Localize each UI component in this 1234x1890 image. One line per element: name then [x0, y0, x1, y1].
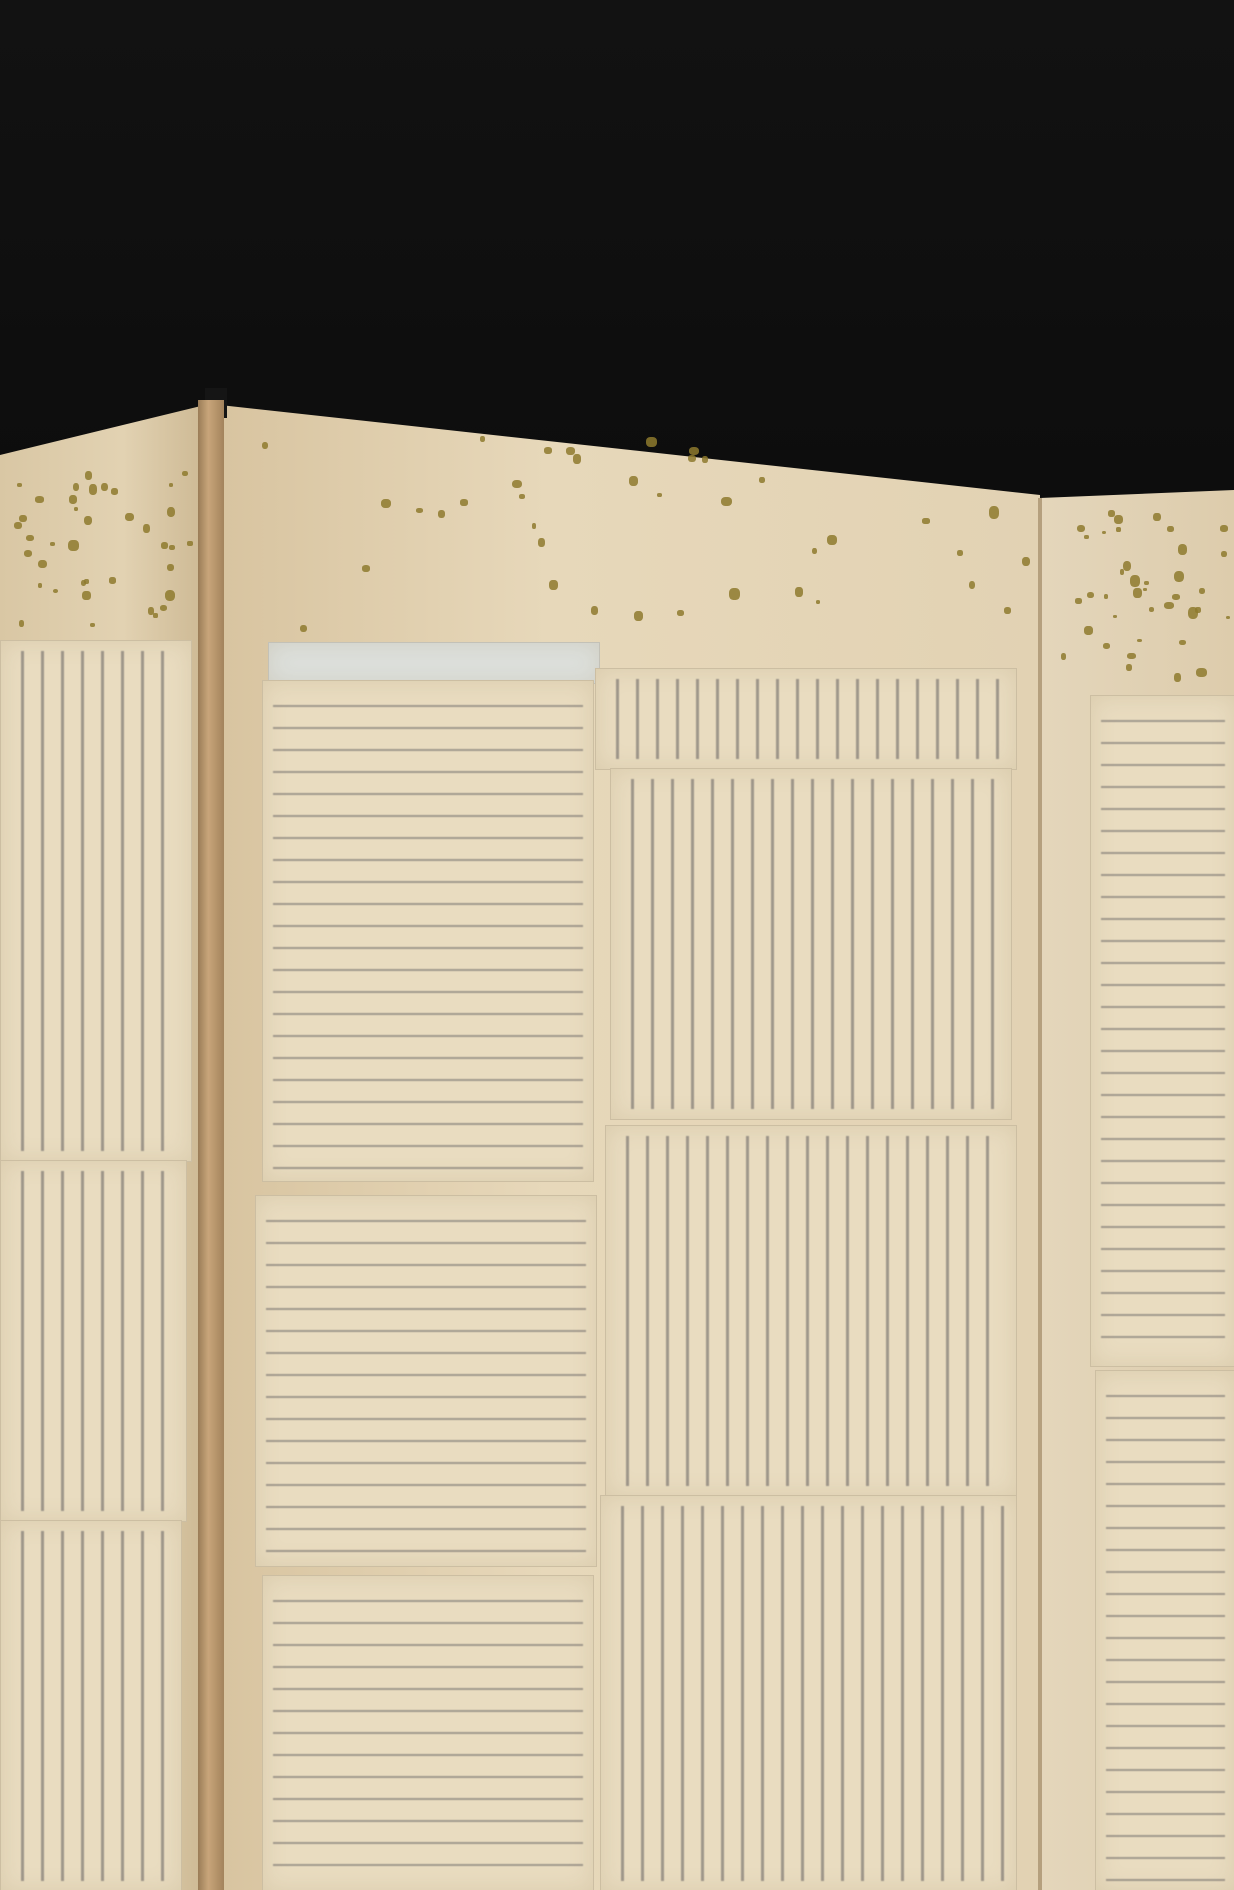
gold-fleck	[68, 540, 79, 551]
gold-fleck	[19, 515, 26, 522]
gold-fleck	[1087, 592, 1094, 598]
gold-fleck	[480, 436, 485, 442]
gold-fleck	[532, 523, 536, 529]
gold-fleck	[85, 471, 92, 479]
document-sheet	[0, 1520, 182, 1890]
gold-fleck	[721, 497, 732, 507]
gold-fleck	[549, 580, 558, 590]
gold-fleck	[1195, 607, 1200, 612]
gold-fleck	[167, 507, 176, 517]
gold-fleck	[81, 580, 87, 586]
gold-fleck	[634, 611, 643, 621]
gold-fleck	[161, 542, 168, 549]
gold-fleck	[416, 508, 423, 513]
gold-fleck	[109, 577, 116, 583]
gold-fleck	[795, 587, 802, 596]
gold-fleck	[1221, 551, 1227, 557]
gold-fleck	[688, 455, 696, 462]
document-sheet	[600, 1495, 1017, 1890]
gold-fleck	[262, 442, 268, 449]
gold-fleck	[1172, 594, 1180, 600]
gold-fleck	[300, 625, 307, 632]
gold-fleck	[90, 623, 95, 627]
gold-fleck	[729, 588, 739, 600]
document-sheet	[610, 768, 1012, 1120]
gold-fleck	[1130, 575, 1140, 587]
gold-fleck	[74, 507, 78, 511]
wooden-frame-post	[198, 400, 224, 1890]
gold-fleck	[35, 496, 45, 503]
gold-fleck	[1114, 515, 1123, 524]
gold-fleck	[38, 560, 47, 569]
gold-fleck	[519, 494, 525, 499]
document-sheet	[605, 1125, 1017, 1497]
gold-fleck	[153, 613, 158, 617]
gold-fleck	[1103, 643, 1110, 649]
gold-fleck	[1127, 653, 1135, 659]
gold-fleck	[1061, 653, 1066, 660]
gold-fleck	[14, 522, 22, 529]
gold-fleck	[573, 454, 581, 464]
gold-fleck	[1167, 526, 1173, 532]
gold-fleck	[160, 605, 168, 611]
gold-fleck	[69, 495, 77, 504]
document-label-strip	[268, 642, 600, 684]
gold-fleck	[629, 476, 638, 486]
document-sheet	[1095, 1370, 1234, 1890]
gold-fleck	[1164, 602, 1174, 609]
gold-fleck	[759, 477, 764, 483]
gold-fleck	[566, 447, 576, 455]
gold-fleck	[1178, 544, 1187, 555]
gold-fleck	[125, 513, 134, 521]
gold-fleck	[1196, 668, 1207, 677]
gold-fleck	[544, 447, 552, 453]
document-sheet	[255, 1195, 597, 1567]
gold-fleck	[381, 499, 391, 508]
gold-fleck	[187, 541, 192, 545]
gold-fleck	[143, 524, 150, 533]
gold-fleck	[538, 538, 545, 547]
document-sheet	[0, 1160, 187, 1522]
gold-fleck	[1004, 607, 1011, 614]
gold-fleck	[922, 518, 929, 523]
gold-fleck	[101, 483, 108, 492]
gold-fleck	[1113, 615, 1117, 618]
gold-fleck	[1133, 588, 1141, 598]
gold-fleck	[689, 447, 699, 455]
gold-fleck	[167, 564, 174, 571]
gold-fleck	[816, 600, 821, 604]
document-sheet	[262, 680, 594, 1182]
gold-fleck	[17, 483, 22, 487]
gold-fleck	[1084, 535, 1089, 539]
gold-fleck	[1022, 557, 1030, 566]
gold-fleck	[812, 548, 817, 554]
gold-fleck	[460, 499, 468, 506]
gold-fleck	[827, 535, 837, 545]
gold-fleck	[1075, 598, 1082, 604]
gold-fleck	[111, 488, 118, 494]
gold-fleck	[165, 590, 175, 601]
gold-fleck	[591, 606, 599, 615]
gold-fleck	[24, 550, 33, 557]
gold-fleck	[657, 493, 662, 497]
gold-fleck	[169, 483, 174, 486]
gold-fleck	[1220, 525, 1228, 532]
gold-fleck	[1149, 607, 1155, 612]
gold-fleck	[989, 506, 999, 519]
gold-fleck	[1116, 527, 1121, 532]
gold-fleck	[82, 591, 90, 600]
gold-fleck	[169, 545, 175, 550]
gold-fleck	[1174, 673, 1181, 682]
gold-fleck	[50, 542, 55, 546]
gold-fleck	[73, 483, 79, 491]
gold-fleck	[438, 510, 445, 517]
gold-fleck	[84, 516, 92, 525]
gold-fleck	[1143, 588, 1147, 591]
gold-fleck	[677, 610, 684, 615]
document-sheet	[0, 640, 192, 1162]
panel-fold-edge	[1038, 498, 1042, 1890]
gold-fleck	[1104, 594, 1108, 598]
gold-fleck	[1126, 664, 1132, 671]
gold-fleck	[1084, 626, 1092, 635]
gold-fleck	[646, 437, 657, 447]
gold-fleck	[1137, 639, 1142, 642]
gold-fleck	[89, 484, 97, 494]
document-sheet	[595, 668, 1017, 770]
gold-fleck	[1153, 513, 1160, 521]
document-sheet	[262, 1575, 594, 1890]
gold-fleck	[26, 535, 34, 541]
gold-fleck	[957, 550, 963, 556]
gold-fleck	[19, 620, 24, 627]
document-sheet	[1090, 695, 1234, 1367]
gold-fleck	[38, 583, 42, 588]
gold-fleck	[512, 480, 522, 489]
